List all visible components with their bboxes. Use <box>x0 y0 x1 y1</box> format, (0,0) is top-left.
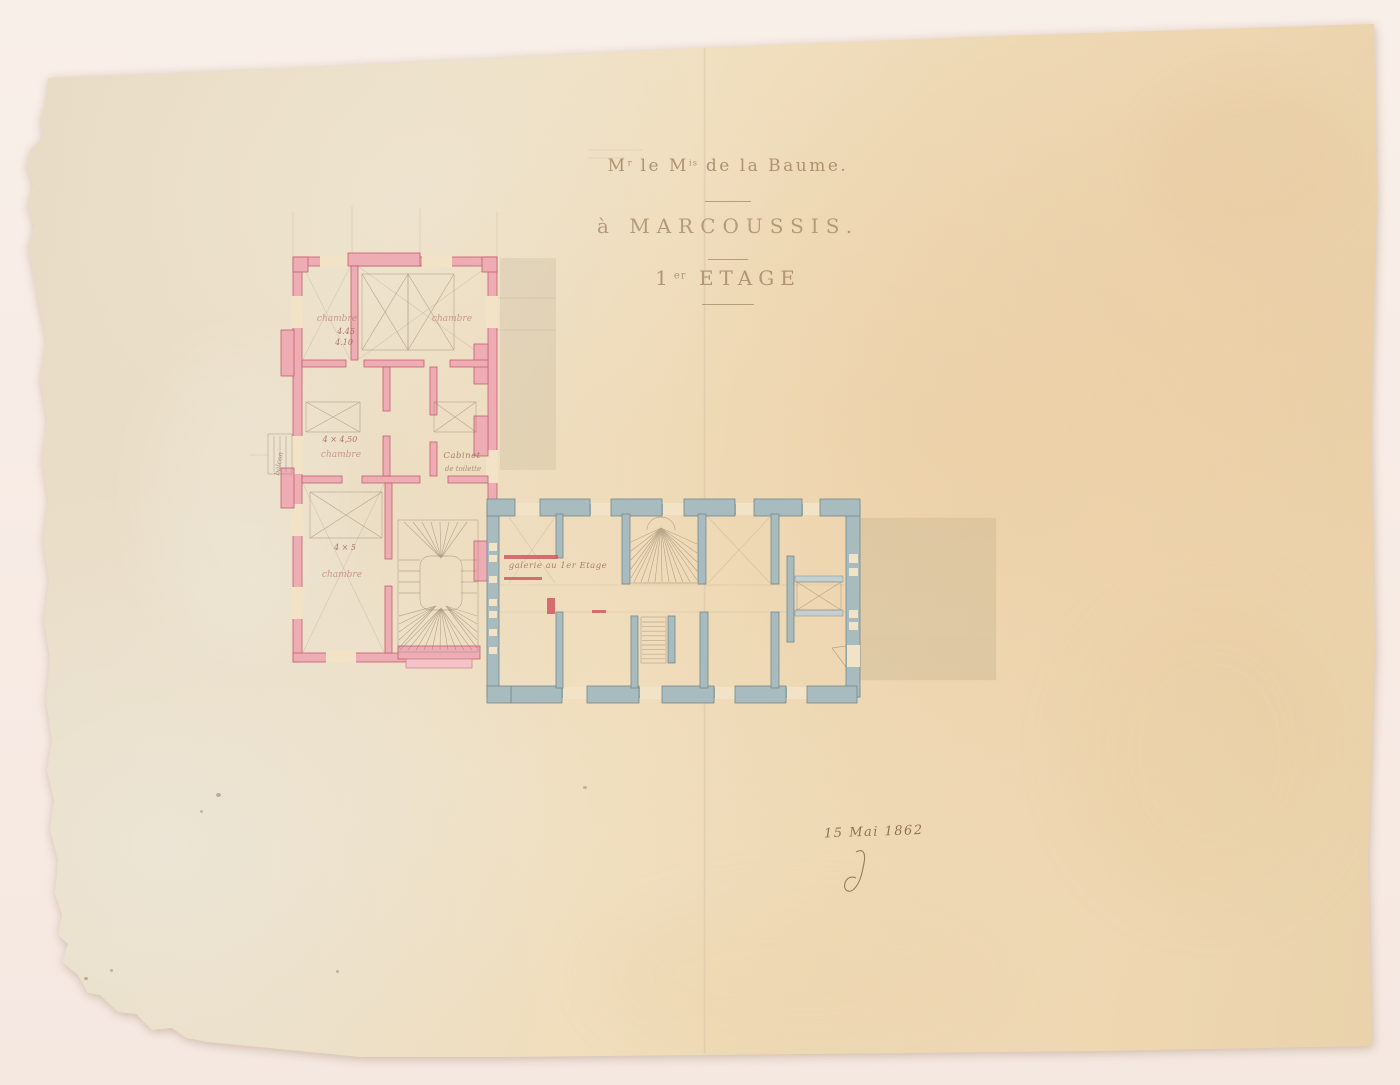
service-stair-wall <box>795 576 843 582</box>
corridor-note: galerie au 1er Etage <box>509 561 607 571</box>
wash-terrace-right <box>860 518 996 680</box>
service-stair-cross <box>797 582 841 610</box>
title-line-3: 1er ETAGE <box>538 266 918 290</box>
dim-label: 4 × 4,50 <box>322 435 358 444</box>
service-stair-wall <box>795 610 843 616</box>
title-divider-1 <box>705 201 751 202</box>
signature-paraph <box>845 851 865 892</box>
pink-stair-porch <box>406 659 472 668</box>
paper-shadow-wrap: chambre 4.45 4.10 chambre 4 × 4,50 chamb… <box>0 0 1400 1085</box>
blue-building-plan <box>487 499 860 703</box>
dim-label: 4 × 5 <box>333 543 356 552</box>
straight-staircase <box>641 617 666 663</box>
room-label-chambre-mid: chambre <box>321 450 361 460</box>
blue-partitions <box>556 514 794 688</box>
dim-label: 4.45 <box>336 327 355 336</box>
title-divider-2 <box>708 259 748 260</box>
room-label-chambre-tl: chambre <box>317 314 357 324</box>
room-label-chambre-tr: chambre <box>432 314 472 324</box>
room-label-chambre-bl: chambre <box>322 570 362 580</box>
paper-sheet: chambre 4.45 4.10 chambre 4 × 4,50 chamb… <box>0 0 1400 1085</box>
scanned-drawing-canvas: chambre 4.45 4.10 chambre 4 × 4,50 chamb… <box>0 0 1400 1085</box>
title-divider-3 <box>702 304 754 305</box>
room-label-cabinet-sub: de toilette <box>445 465 481 473</box>
blue-window-openings <box>489 503 860 699</box>
title-block: Mr le Mis de la Baume. à MARCOUSSIS. 1er… <box>538 156 918 316</box>
blue-pilasters <box>487 499 860 703</box>
door-swing <box>832 646 846 667</box>
winder-treads <box>399 522 477 650</box>
straight-treads <box>642 622 665 659</box>
fan-treads <box>631 528 697 582</box>
dim-label: 4.10 <box>334 338 353 347</box>
title-line-1: Mr le Mis de la Baume. <box>538 156 918 176</box>
winding-staircase <box>398 520 478 652</box>
title-line-2: à MARCOUSSIS. <box>538 214 918 238</box>
fan-staircase <box>631 517 697 583</box>
room-label-cabinet: Cabinet <box>443 451 480 461</box>
